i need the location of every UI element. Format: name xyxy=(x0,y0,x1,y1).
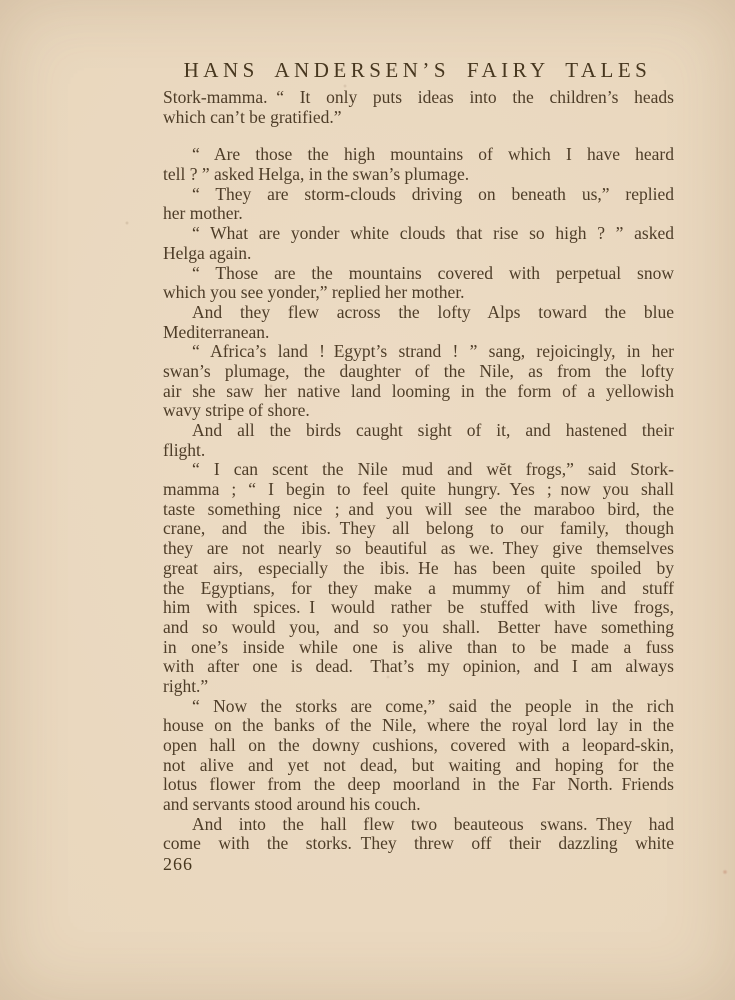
page-number: 266 xyxy=(163,855,674,875)
text-line: swan’s plumage, the daughter of the Nile… xyxy=(163,362,674,382)
text-line: wavy stripe of shore. xyxy=(163,401,674,421)
paragraph: “ Those are the mountains covered with p… xyxy=(163,264,674,303)
paragraph: “ What are yonder white clouds that rise… xyxy=(163,224,674,263)
text-line: Mediterranean. xyxy=(163,323,674,343)
text-line: they are not nearly so beautiful as we. … xyxy=(163,539,674,559)
text-line: “ Africa’s land ! Egypt’s strand ! ” san… xyxy=(163,342,674,362)
text-line: taste something nice ; and you will see … xyxy=(163,500,674,520)
text-line: “ I can scent the Nile mud and wĕt frogs… xyxy=(163,460,674,480)
text-line: “ Are those the high mountains of which … xyxy=(163,145,674,165)
text-line: her mother. xyxy=(163,204,674,224)
text-line: “ What are yonder white clouds that rise… xyxy=(163,224,674,244)
text-line: “ Now the storks are come,” said the peo… xyxy=(163,697,674,717)
paragraph: “ I can scent the Nile mud and wĕt frogs… xyxy=(163,460,674,696)
paragraph: And all the birds caught sight of it, an… xyxy=(163,421,674,460)
text-line: Helga again. xyxy=(163,244,674,264)
text-line: and servants stood around his couch. xyxy=(163,795,674,815)
text-line: the Egyptians, for they make a mummy of … xyxy=(163,579,674,599)
text-line: great airs, especially the ibis. He has … xyxy=(163,559,674,579)
text-line: come with the storks. They threw off the… xyxy=(163,834,674,854)
paragraph: “ They are storm-clouds driving on benea… xyxy=(163,185,674,224)
text-line: open hall on the downy cushions, covered… xyxy=(163,736,674,756)
text-line: right.” xyxy=(163,677,674,697)
paragraph-container: Stork-mamma. “ It only puts ideas into t… xyxy=(163,88,674,854)
text-line: flight. xyxy=(163,441,674,461)
paragraph: “ Now the storks are come,” said the peo… xyxy=(163,697,674,815)
text-line: mamma ; “ I begin to feel quite hungry. … xyxy=(163,480,674,500)
text-line: “ They are storm-clouds driving on benea… xyxy=(163,185,674,205)
running-head: HANS ANDERSEN’S FAIRY TALES xyxy=(160,58,675,82)
text-line: lotus flower from the deep moorland in t… xyxy=(163,775,674,795)
text-line: “ Those are the mountains covered with p… xyxy=(163,264,674,284)
text-line: air she saw her native land looming in t… xyxy=(163,382,674,402)
text-line: And all the birds caught sight of it, an… xyxy=(163,421,674,441)
book-page-scan: HANS ANDERSEN’S FAIRY TALES Stork-mamma.… xyxy=(0,0,735,1000)
text-line: And into the hall flew two beauteous swa… xyxy=(163,815,674,835)
paragraph: “ Are those the high mountains of which … xyxy=(163,145,674,184)
text-line: house on the banks of the Nile, where th… xyxy=(163,716,674,736)
text-line: with after one is dead. That’s my opinio… xyxy=(163,657,674,677)
text-line: Stork-mamma. “ It only puts ideas into t… xyxy=(163,88,674,108)
text-line: which you see yonder,” replied her mothe… xyxy=(163,283,674,303)
text-line: in one’s inside while one is alive than … xyxy=(163,638,674,658)
paragraph: “ Africa’s land ! Egypt’s strand ! ” san… xyxy=(163,342,674,421)
paragraph: Stork-mamma. “ It only puts ideas into t… xyxy=(163,88,674,127)
text-line: not alive and yet not dead, but waiting … xyxy=(163,756,674,776)
text-line: him with spices. I would rather be stuff… xyxy=(163,598,674,618)
text-line: And they flew across the lofty Alps towa… xyxy=(163,303,674,323)
text-line: crane, and the ibis. They all belong to … xyxy=(163,519,674,539)
text-line: which can’t be gratified.” xyxy=(163,108,674,128)
text-line: tell ? ” asked Helga, in the swan’s plum… xyxy=(163,165,674,185)
paragraph: And they flew across the lofty Alps towa… xyxy=(163,303,674,342)
paragraph: And into the hall flew two beauteous swa… xyxy=(163,815,674,854)
text-line: and so would you, and so you shall. Bett… xyxy=(163,618,674,638)
text-block: Stork-mamma. “ It only puts ideas into t… xyxy=(163,88,674,875)
